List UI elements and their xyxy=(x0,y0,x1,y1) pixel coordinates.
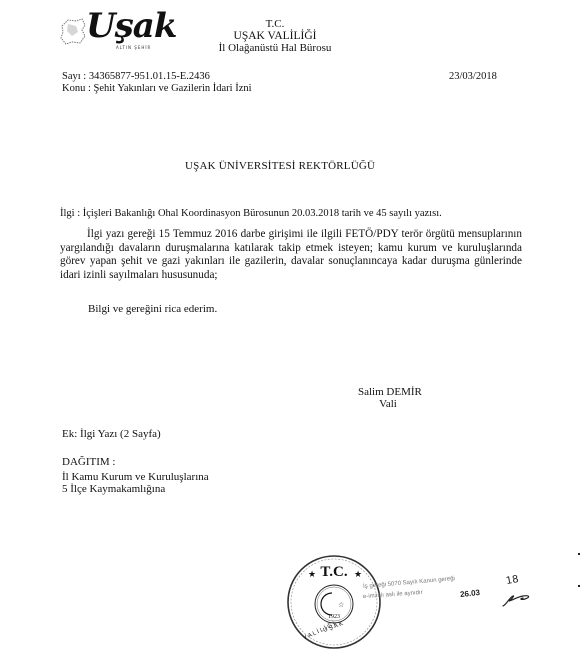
svg-text:☆: ☆ xyxy=(338,601,344,609)
document-number: Sayı : 34365877-951.01.15-E.2436 xyxy=(62,71,210,82)
header-state: T.C. xyxy=(200,18,350,30)
stamp-note-line-2: e-imzalı aslı ile aynıdır xyxy=(363,590,423,600)
closing-line: Bilgi ve gereğini rica ederim. xyxy=(88,303,217,315)
scan-speck xyxy=(578,553,580,555)
body-text: İlgi yazı gereği 15 Temmuz 2016 darbe gi… xyxy=(60,228,522,281)
body-paragraph: İlgi yazı gereği 15 Temmuz 2016 darbe gi… xyxy=(60,228,522,282)
usak-logo: Uşak ALTIN ŞEHİR xyxy=(58,12,173,54)
stamp-note-line-1: İş gereği 5070 Sayılı Kanun gereği xyxy=(363,576,455,590)
received-time: 18 xyxy=(505,574,519,587)
usak-map-icon xyxy=(58,16,88,46)
distribution-label: DAĞITIM : xyxy=(62,456,115,468)
handwritten-initials-icon xyxy=(501,588,533,608)
stamp-year: 1923 xyxy=(328,614,340,620)
header-organization: UŞAK VALİLİĞİ xyxy=(200,30,350,42)
svg-text:★: ★ xyxy=(354,570,362,580)
logo-wordmark: Uşak xyxy=(86,6,176,46)
attachment-line: Ek: İlgi Yazı (2 Sayfa) xyxy=(62,428,161,440)
reference-line: İlgi : İçişleri Bakanlığı Ohal Koordinas… xyxy=(60,208,442,219)
scan-speck xyxy=(578,585,580,587)
document-subject: Konu : Şehit Yakınları ve Gazilerin İdar… xyxy=(62,83,252,94)
recipient: UŞAK ÜNİVERSİTESİ REKTÖRLÜĞÜ xyxy=(185,160,375,172)
signer-name: Salim DEMİR xyxy=(358,386,418,398)
distribution-item: 5 İlçe Kaymakamlığına xyxy=(62,483,165,495)
svg-text:★: ★ xyxy=(308,570,316,580)
document-date: 23/03/2018 xyxy=(449,71,497,82)
received-date: 26.03 xyxy=(460,588,481,599)
header-department: İl Olağanüstü Hal Bürosu xyxy=(200,42,350,54)
received-annotation: İş gereği 5070 Sayılı Kanun gereği e-imz… xyxy=(363,572,553,632)
logo-tagline: ALTIN ŞEHİR xyxy=(116,45,151,50)
stamp-top-text: T.C. xyxy=(320,564,347,580)
signer-title: Vali xyxy=(358,398,418,410)
distribution-item: İl Kamu Kurum ve Kuruluşlarına xyxy=(62,471,209,483)
